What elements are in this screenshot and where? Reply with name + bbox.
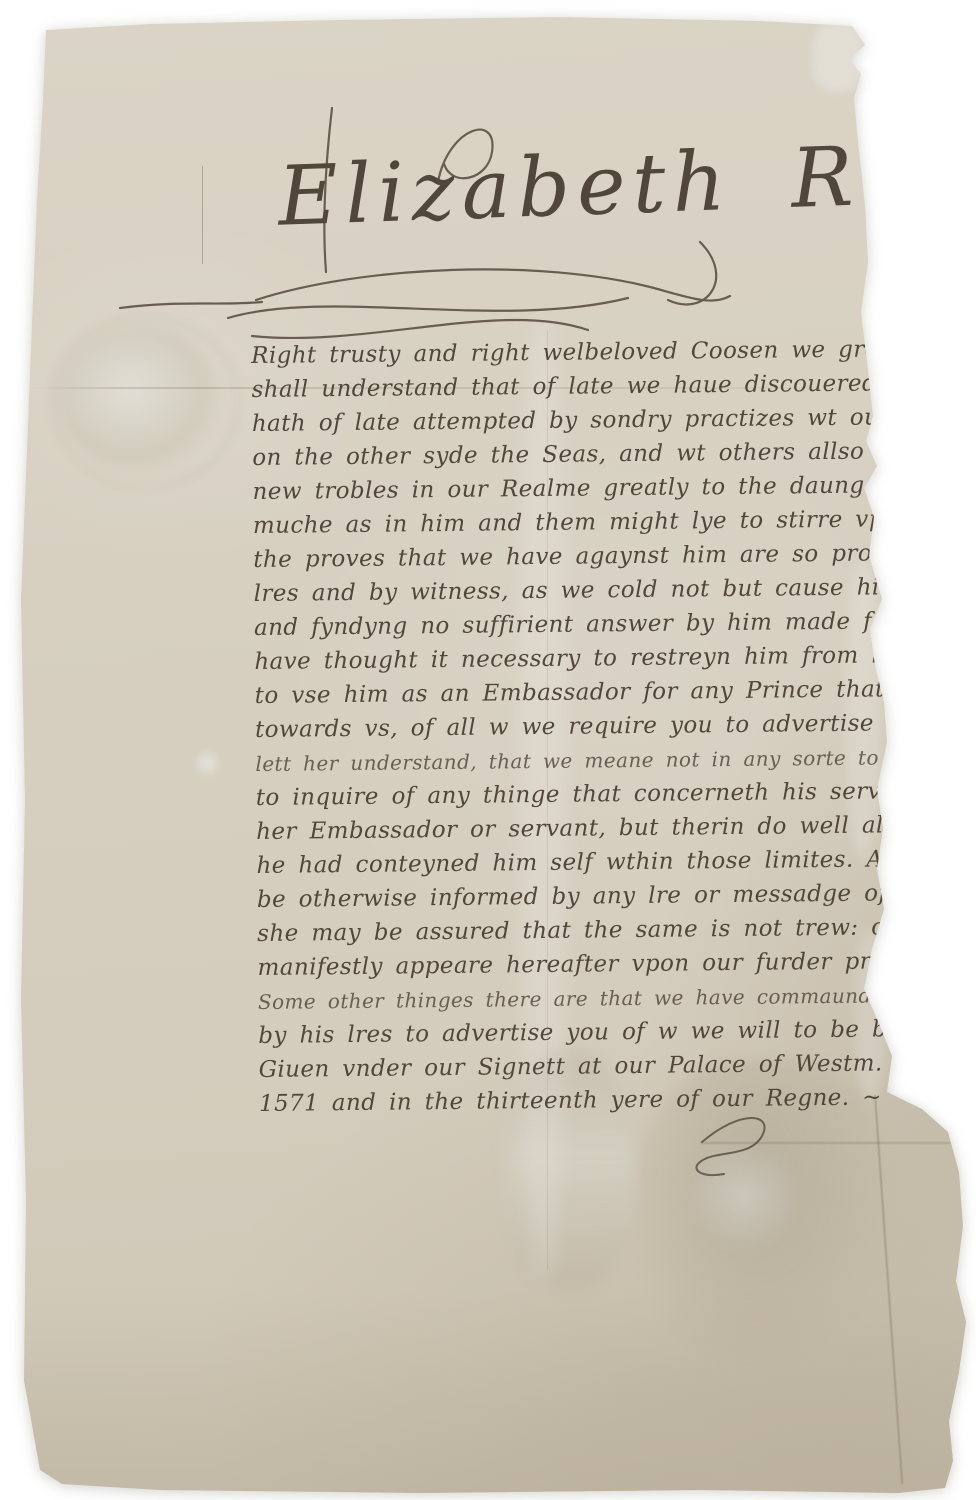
letter-body: Right trusty and right welbeloved Coosen… bbox=[251, 332, 949, 1121]
manuscript-line-inserted: lett her understand, that we meane not i… bbox=[255, 740, 945, 781]
bottom-shading bbox=[0, 1290, 976, 1500]
tear-crease bbox=[874, 1095, 903, 1484]
manuscript-line-inserted: Some other thinges there are that we hav… bbox=[258, 978, 948, 1019]
paper-blemish bbox=[190, 748, 224, 778]
water-stain bbox=[690, 1130, 800, 1260]
crease-line bbox=[202, 166, 203, 264]
royal-signature: Elizabeth R bbox=[277, 130, 840, 244]
manuscript-page: Elizabeth R Right trusty and right bbox=[0, 0, 976, 1500]
water-stain bbox=[58, 325, 218, 470]
manuscript-line: 1571 and in the thirteenth yere of our R… bbox=[259, 1080, 949, 1121]
torn-corner-fibers bbox=[812, 22, 864, 92]
paper-shadow: Elizabeth R Right trusty and right bbox=[0, 0, 976, 1500]
crease-line bbox=[700, 1142, 950, 1144]
photo-background: Elizabeth R Right trusty and right bbox=[0, 0, 976, 1500]
water-stain-ring bbox=[50, 315, 239, 489]
